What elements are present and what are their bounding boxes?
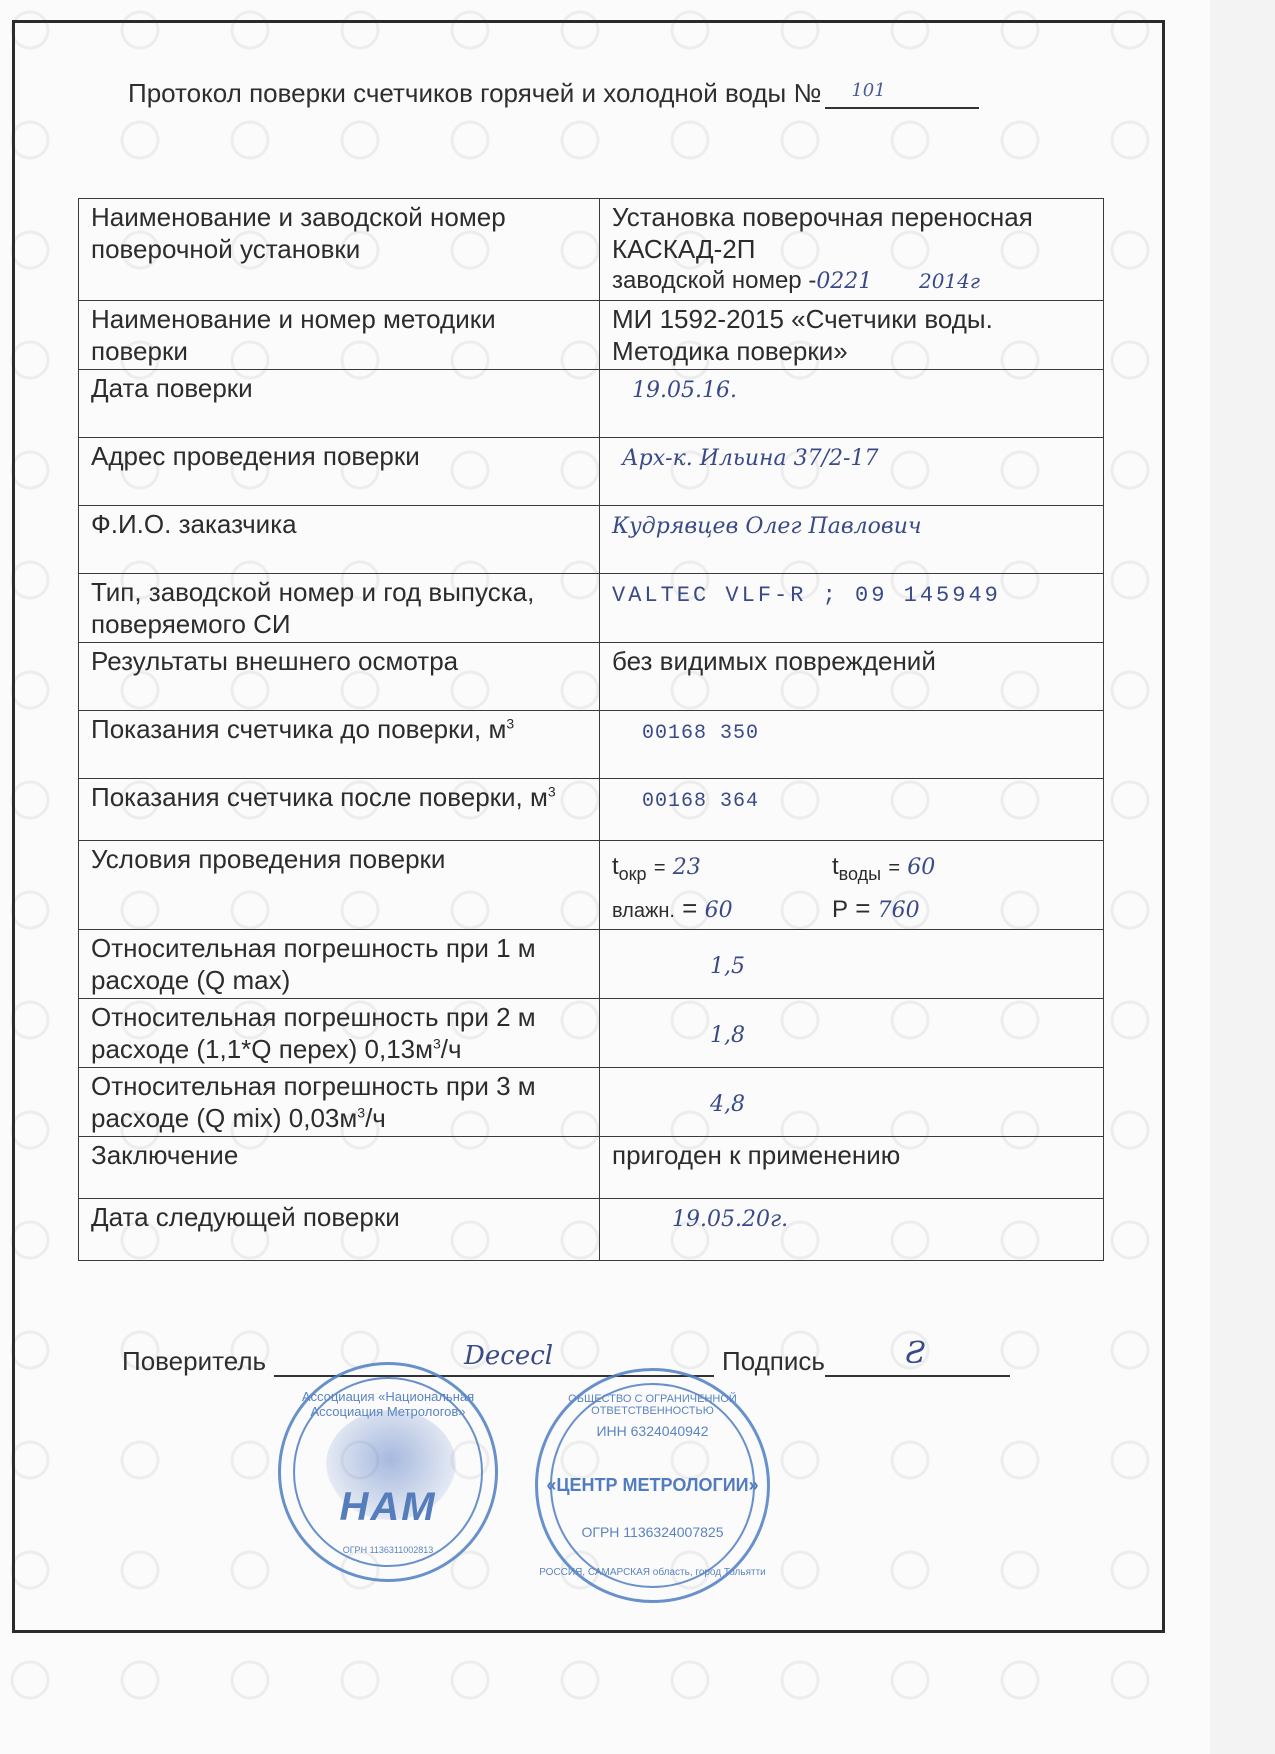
- meter-type-serial: VALTEC VLF-R ; 09 145949: [612, 583, 1001, 608]
- value-line: КАСКАД-2П: [612, 233, 1093, 265]
- row-value: 4,8: [600, 1068, 1104, 1137]
- error-qtransition: 1,8: [710, 1023, 745, 1048]
- table-row: Дата следующей поверки 19.05.20г.: [79, 1199, 1104, 1261]
- row-value: tокр = 23 tводы = 60 влажн. = 60 P = 760: [600, 841, 1104, 930]
- row-label: Показания счетчика после поверки, м3: [79, 779, 600, 841]
- table-row: Ф.И.О. заказчика Кудрявцев Олег Павлович: [79, 506, 1104, 574]
- table-row: Тип, заводской номер и год выпуска, пове…: [79, 574, 1104, 643]
- error-qmin: 4,8: [710, 1092, 745, 1117]
- stamp-ogrn: ОГРН 1136324007825: [538, 1524, 767, 1540]
- value-line: Методика поверки»: [612, 335, 1093, 367]
- verifier-label: Поверитель: [122, 1346, 266, 1377]
- row-label: Наименование и номер методики поверки: [79, 301, 600, 370]
- ambient-temp: tокр = 23: [612, 849, 832, 890]
- table-row: Наименование и заводской номер поверочно…: [79, 199, 1104, 301]
- table-row: Условия проведения поверки tокр = 23 tво…: [79, 841, 1104, 930]
- center-metrology-stamp: ОБЩЕСТВО С ОГРАНИЧЕННОЙ ОТВЕТСТВЕННОСТЬЮ…: [535, 1368, 770, 1603]
- value-line: заводской номер -0221 2014г: [612, 265, 1093, 298]
- row-label: Дата поверки: [79, 370, 600, 438]
- stamp-inn: ИНН 6324040942: [538, 1423, 767, 1439]
- table-row: Заключение пригоден к применению: [79, 1137, 1104, 1199]
- signature-row: Поверитель Dececl Подпись Ƨ: [122, 1345, 1010, 1377]
- table-row: Наименование и номер методики поверки МИ…: [79, 301, 1104, 370]
- row-value: 19.05.20г.: [600, 1199, 1104, 1261]
- unit-superscript: 3: [548, 783, 556, 799]
- row-value: Установка поверочная переносная КАСКАД-2…: [600, 199, 1104, 301]
- row-value: 1,5: [600, 930, 1104, 999]
- row-label: Заключение: [79, 1137, 600, 1199]
- row-value: 00168 350: [600, 711, 1104, 779]
- table-row: Относительная погрешность при 3 м расход…: [79, 1068, 1104, 1137]
- row-label: Наименование и заводской номер поверочно…: [79, 199, 600, 301]
- table-row: Дата поверки 19.05.16.: [79, 370, 1104, 438]
- title-text: Протокол поверки счетчиков горячей и хол…: [128, 78, 821, 109]
- value-line: Установка поверочная переносная: [612, 201, 1093, 233]
- stamp-ring-text: Ассоциация «Национальная Ассоциация Метр…: [281, 1389, 495, 1419]
- label-text: Показания счетчика до поверки, м: [91, 714, 506, 744]
- humidity: влажн. = 60: [612, 892, 832, 927]
- pressure: P = 760: [832, 892, 1052, 927]
- serial-number: 0221: [816, 269, 872, 294]
- stamp-top-text: ОБЩЕСТВО С ОГРАНИЧЕННОЙ ОТВЕТСТВЕННОСТЬЮ: [538, 1393, 767, 1417]
- row-label: Ф.И.О. заказчика: [79, 506, 600, 574]
- unit-superscript: 3: [506, 715, 514, 731]
- row-label: Результаты внешнего осмотра: [79, 643, 600, 711]
- row-label: Тип, заводской номер и год выпуска, пове…: [79, 574, 600, 643]
- reading-after: 00168 364: [642, 790, 759, 813]
- row-label: Показания счетчика до поверки, м3: [79, 711, 600, 779]
- row-label: Относительная погрешность при 3 м расход…: [79, 1068, 600, 1137]
- protocol-table: Наименование и заводской номер поверочно…: [78, 198, 1104, 1261]
- conditions-grid: tокр = 23 tводы = 60 влажн. = 60 P = 760: [612, 849, 1093, 927]
- verification-address: Арх-к. Ильина 37/2-17: [622, 446, 878, 471]
- nam-logo: НАМ: [339, 1485, 436, 1530]
- next-verification-date: 19.05.20г.: [672, 1207, 788, 1232]
- table-row: Результаты внешнего осмотра без видимых …: [79, 643, 1104, 711]
- row-value: без видимых повреждений: [600, 643, 1104, 711]
- serial-year: 2014г: [919, 269, 980, 293]
- signature-label: Подпись: [722, 1346, 825, 1377]
- signature-mark: Ƨ: [905, 1336, 926, 1371]
- protocol-number: 101: [825, 79, 979, 109]
- row-value: МИ 1592-2015 «Счетчики воды. Методика по…: [600, 301, 1104, 370]
- document-title: Протокол поверки счетчиков горячей и хол…: [128, 78, 979, 109]
- row-value: Арх-к. Ильина 37/2-17: [600, 438, 1104, 506]
- row-value: 19.05.16.: [600, 370, 1104, 438]
- verification-date: 19.05.16.: [632, 378, 737, 403]
- row-value: VALTEC VLF-R ; 09 145949: [600, 574, 1104, 643]
- stamp-ogrn: ОГРН 1136311002813: [281, 1545, 495, 1555]
- row-label: Адрес проведения поверки: [79, 438, 600, 506]
- document-page: Протокол поверки счетчиков горячей и хол…: [0, 0, 1210, 1754]
- signature-line: Ƨ: [825, 1345, 1010, 1377]
- row-value: 00168 364: [600, 779, 1104, 841]
- table-row: Показания счетчика до поверки, м3 00168 …: [79, 711, 1104, 779]
- customer-name: Кудрявцев Олег Павлович: [612, 514, 922, 539]
- row-label: Относительная погрешность при 2 м расход…: [79, 999, 600, 1068]
- stamp-org-name: «ЦЕНТР МЕТРОЛОГИИ»: [546, 1475, 758, 1496]
- serial-prefix: заводской номер -: [612, 267, 816, 294]
- table-row: Показания счетчика после поверки, м3 001…: [79, 779, 1104, 841]
- water-temp: tводы = 60: [832, 849, 1052, 890]
- error-qmax: 1,5: [710, 954, 745, 979]
- stamp-bottom-text: РОССИЯ, САМАРСКАЯ область, город Тольятт…: [538, 1567, 767, 1578]
- row-label: Относительная погрешность при 1 м расход…: [79, 930, 600, 999]
- label-text: Показания счетчика после поверки, м: [91, 782, 548, 812]
- verifier-signature: Dececl: [464, 1341, 553, 1371]
- table-row: Относительная погрешность при 1 м расход…: [79, 930, 1104, 999]
- row-value: 1,8: [600, 999, 1104, 1068]
- row-value: пригоден к применению: [600, 1137, 1104, 1199]
- value-line: МИ 1592-2015 «Счетчики воды.: [612, 303, 1093, 335]
- row-value: Кудрявцев Олег Павлович: [600, 506, 1104, 574]
- table-row: Относительная погрешность при 2 м расход…: [79, 999, 1104, 1068]
- nam-stamp: Ассоциация «Национальная Ассоциация Метр…: [278, 1362, 498, 1582]
- row-label: Дата следующей поверки: [79, 1199, 600, 1261]
- row-label: Условия проведения поверки: [79, 841, 600, 930]
- table-row: Адрес проведения поверки Арх-к. Ильина 3…: [79, 438, 1104, 506]
- reading-before: 00168 350: [642, 722, 759, 745]
